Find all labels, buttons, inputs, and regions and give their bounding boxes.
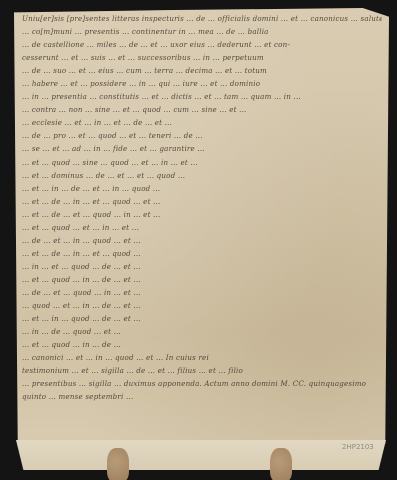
text-line: ... et ... de ... in ... et ... quod ... <box>22 247 382 260</box>
text-line: ... de ... et ... in ... quod ... et ... <box>22 234 382 247</box>
seal-tag-right <box>270 448 292 480</box>
text-line: ... quod ... et ... in ... de ... et ... <box>22 299 382 312</box>
text-line: ... co[m]muni ... presentis ... continen… <box>22 25 382 38</box>
text-line: Uniu[er]sis [pre]sentes litteras inspect… <box>22 12 382 25</box>
text-line: quinto ... mense septembri ... <box>22 390 382 403</box>
text-line: ... et ... de ... in ... et ... quod ...… <box>22 195 382 208</box>
shelfmark-label: 2HP2103 <box>342 443 374 451</box>
text-line: ... in ... et ... quod ... de ... et ... <box>22 260 382 273</box>
text-line: ... se ... et ... ad ... in ... fide ...… <box>22 142 382 155</box>
seal-tag-left <box>107 448 129 480</box>
text-line: testimonium ... et ... sigilla ... de ..… <box>22 364 382 377</box>
charter-text: Uniu[er]sis [pre]sentes litteras inspect… <box>22 12 382 403</box>
text-line: ... in ... presentia ... constitutis ...… <box>22 90 382 103</box>
text-line: ... in ... de ... quod ... et ... <box>22 325 382 338</box>
text-line: ... canonici ... et ... in ... quod ... … <box>22 351 382 364</box>
parchment-fold <box>16 440 386 470</box>
text-line: ... presentibus ... sigilla ... duximus … <box>22 377 382 390</box>
text-line: ... de ... pro ... et ... quod ... et ..… <box>22 129 382 142</box>
text-line: cesserunt ... et ... suis ... et ... suc… <box>22 51 382 64</box>
text-line: ... de ... suo ... et ... eius ... cum .… <box>22 64 382 77</box>
text-line: ... de castellione ... miles ... de ... … <box>22 38 382 51</box>
text-line: ... et ... quod ... in ... de ... <box>22 338 382 351</box>
text-line: ... et ... de ... et ... quod ... in ...… <box>22 208 382 221</box>
text-line: ... et ... dominus ... de ... et ... et … <box>22 169 382 182</box>
text-line: ... contra ... non ... sine ... et ... q… <box>22 103 382 116</box>
text-line: ... ecclesie ... et ... in ... et ... de… <box>22 116 382 129</box>
text-line: ... et ... quod ... sine ... quod ... et… <box>22 156 382 169</box>
text-line: ... et ... quod ... et ... in ... et ... <box>22 221 382 234</box>
text-line: ... et ... quod ... in ... de ... et ... <box>22 273 382 286</box>
text-line: ... et ... in ... de ... et ... in ... q… <box>22 182 382 195</box>
text-line: ... et ... in ... quod ... de ... et ... <box>22 312 382 325</box>
text-line: ... habere ... et ... possidere ... in .… <box>22 77 382 90</box>
text-line: ... de ... et ... quod ... in ... et ... <box>22 286 382 299</box>
